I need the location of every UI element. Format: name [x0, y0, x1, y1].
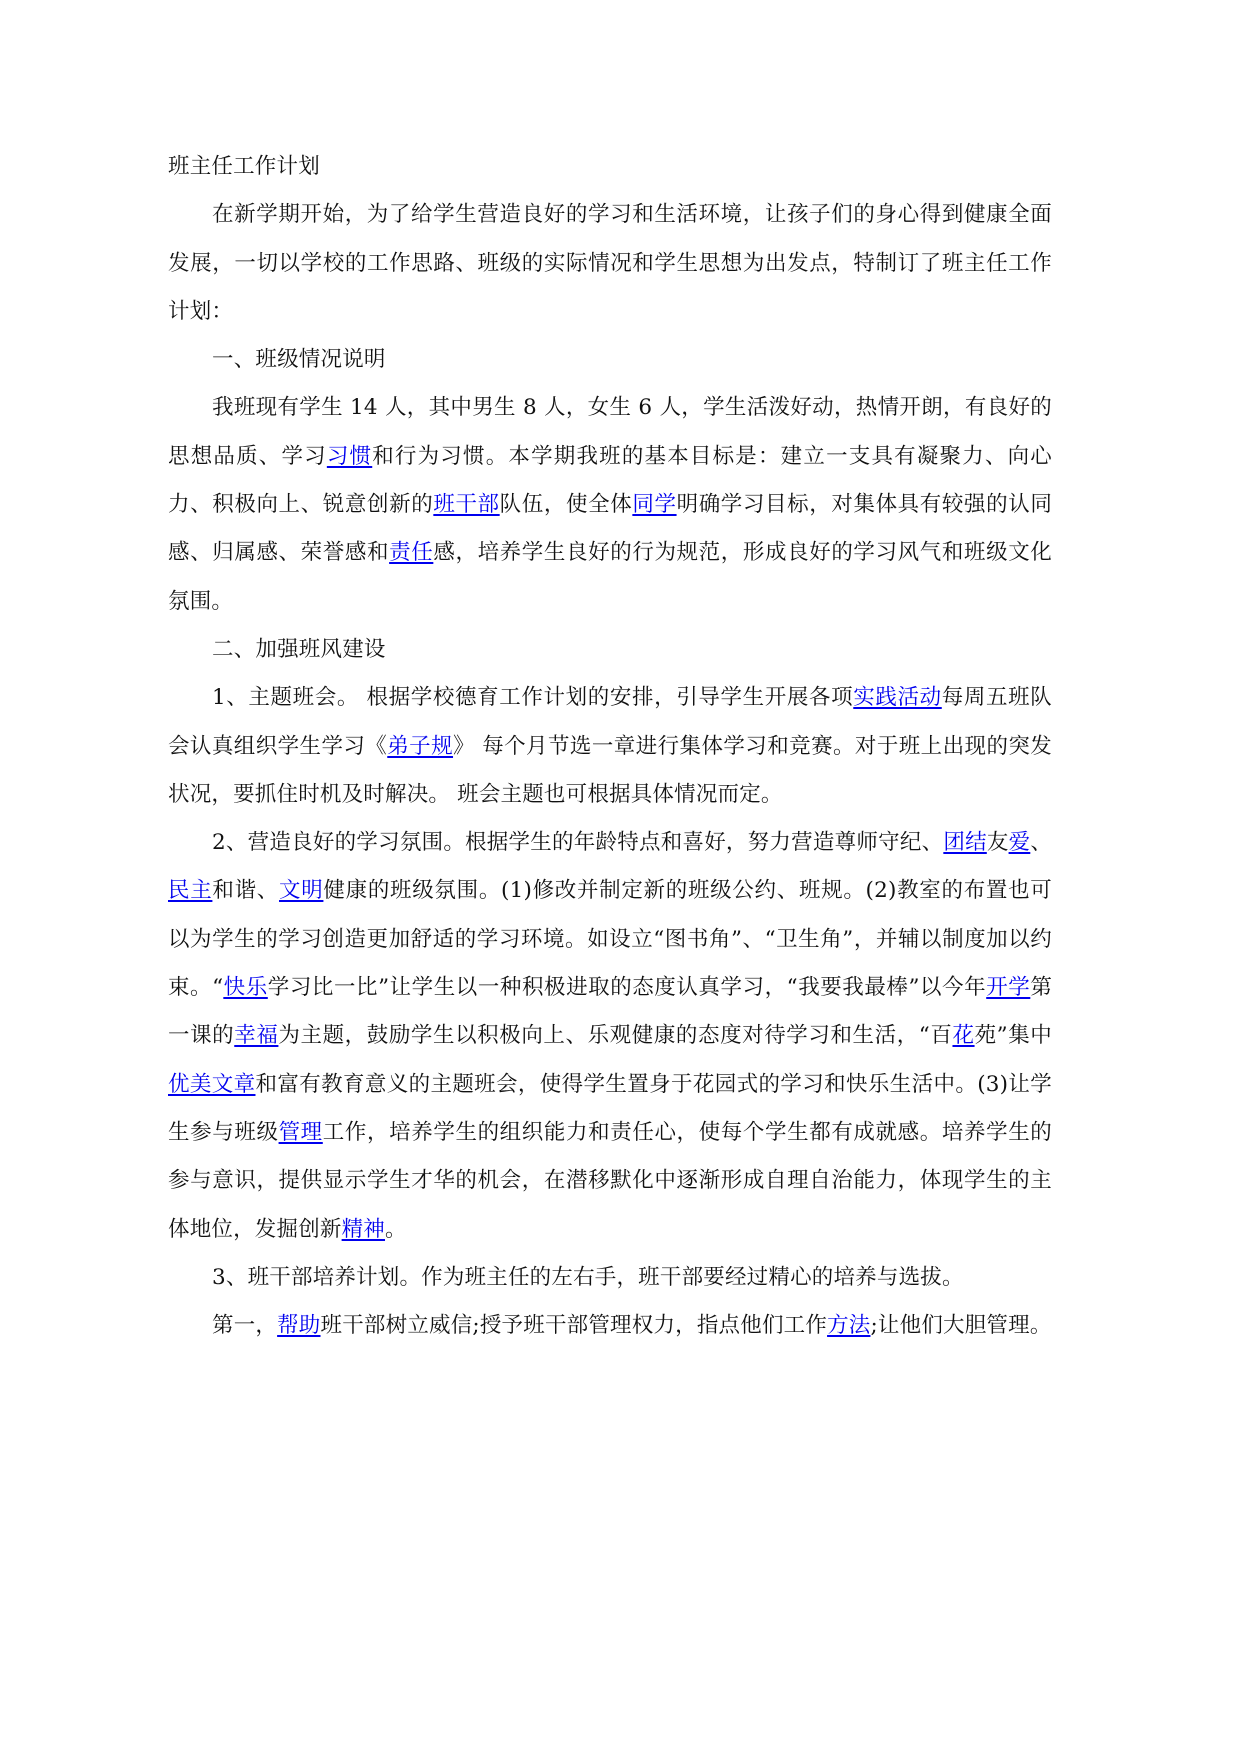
- paragraph-text: 友: [987, 830, 1009, 855]
- paragraph: 3、班干部培养计划。作为班主任的左右手，班干部要经过精心的培养与选拔。: [168, 1254, 1052, 1302]
- paragraph: 第一，帮助班干部树立威信;授予班干部管理权力，指点他们工作方法;让他们大胆管理。: [168, 1302, 1052, 1350]
- paragraph-text: 1、主题班会。 根据学校德育工作计划的安排，引导学生开展各项: [212, 685, 853, 710]
- keyword-link[interactable]: 习惯: [327, 444, 372, 469]
- paragraph-text: 二、加强班风建设: [212, 637, 386, 662]
- keyword-link[interactable]: 花: [952, 1023, 974, 1048]
- paragraph-text: 、: [1030, 830, 1052, 855]
- paragraph-text: ;让他们大胆管理。: [870, 1313, 1051, 1338]
- keyword-link[interactable]: 实践活动: [853, 685, 942, 710]
- keyword-link[interactable]: 爱: [1009, 830, 1031, 855]
- paragraph: 在新学期开始，为了给学生营造良好的学习和生活环境，让孩子们的身心得到健康全面发展…: [168, 191, 1052, 336]
- paragraph: 我班现有学生 14 人，其中男生 8 人，女生 6 人，学生活泼好动，热情开朗，…: [168, 384, 1052, 625]
- paragraph-text: 苑”集中: [975, 1023, 1052, 1048]
- keyword-link[interactable]: 管理: [279, 1120, 323, 1145]
- paragraph-text: 第一，: [212, 1313, 277, 1338]
- paragraph-text: 。: [385, 1217, 407, 1242]
- keyword-link[interactable]: 精神: [342, 1217, 385, 1242]
- paragraph: 一、班级情况说明: [168, 336, 1052, 384]
- paragraph-text: 队伍，使全体: [500, 492, 633, 517]
- paragraph-text: 在新学期开始，为了给学生营造良好的学习和生活环境，让孩子们的身心得到健康全面发展…: [168, 202, 1052, 324]
- keyword-link[interactable]: 团结: [943, 830, 986, 855]
- keyword-link[interactable]: 民主: [168, 878, 212, 903]
- paragraph-text: 一、班级情况说明: [212, 347, 386, 372]
- keyword-link[interactable]: 优美文章: [168, 1072, 255, 1097]
- document-title: 班主任工作计划: [168, 143, 1052, 191]
- keyword-link[interactable]: 快乐: [223, 975, 267, 1000]
- paragraph-text: 为主题，鼓励学生以积极向上、乐观健康的态度对待学习和生活，“百: [278, 1023, 952, 1048]
- document-body: 在新学期开始，为了给学生营造良好的学习和生活环境，让孩子们的身心得到健康全面发展…: [168, 191, 1052, 1350]
- keyword-link[interactable]: 同学: [632, 492, 676, 517]
- paragraph-text: 和谐、: [212, 878, 279, 903]
- keyword-link[interactable]: 方法: [827, 1313, 870, 1338]
- paragraph: 2、营造良好的学习氛围。根据学生的年龄特点和喜好，努力营造尊师守纪、团结友爱、民…: [168, 819, 1052, 1254]
- keyword-link[interactable]: 开学: [986, 975, 1030, 1000]
- paragraph: 二、加强班风建设: [168, 626, 1052, 674]
- paragraph-text: 2、营造良好的学习氛围。根据学生的年龄特点和喜好，努力营造尊师守纪、: [212, 830, 943, 855]
- keyword-link[interactable]: 弟子规: [387, 734, 453, 759]
- paragraph: 1、主题班会。 根据学校德育工作计划的安排，引导学生开展各项实践活动每周五班队会…: [168, 674, 1052, 819]
- keyword-link[interactable]: 文明: [279, 878, 323, 903]
- document-page: 班主任工作计划 在新学期开始，为了给学生营造良好的学习和生活环境，让孩子们的身心…: [168, 143, 1052, 1350]
- keyword-link[interactable]: 幸福: [234, 1023, 278, 1048]
- paragraph-text: 学习比一比”让学生以一种积极进取的态度认真学习，“我要我最棒”以今年: [268, 975, 986, 1000]
- paragraph-text: 班干部树立威信;授予班干部管理权力，指点他们工作: [321, 1313, 828, 1338]
- keyword-link[interactable]: 责任: [389, 540, 433, 565]
- keyword-link[interactable]: 帮助: [277, 1313, 320, 1338]
- paragraph-text: 3、班干部培养计划。作为班主任的左右手，班干部要经过精心的培养与选拔。: [212, 1265, 964, 1290]
- keyword-link[interactable]: 班干部: [433, 492, 499, 517]
